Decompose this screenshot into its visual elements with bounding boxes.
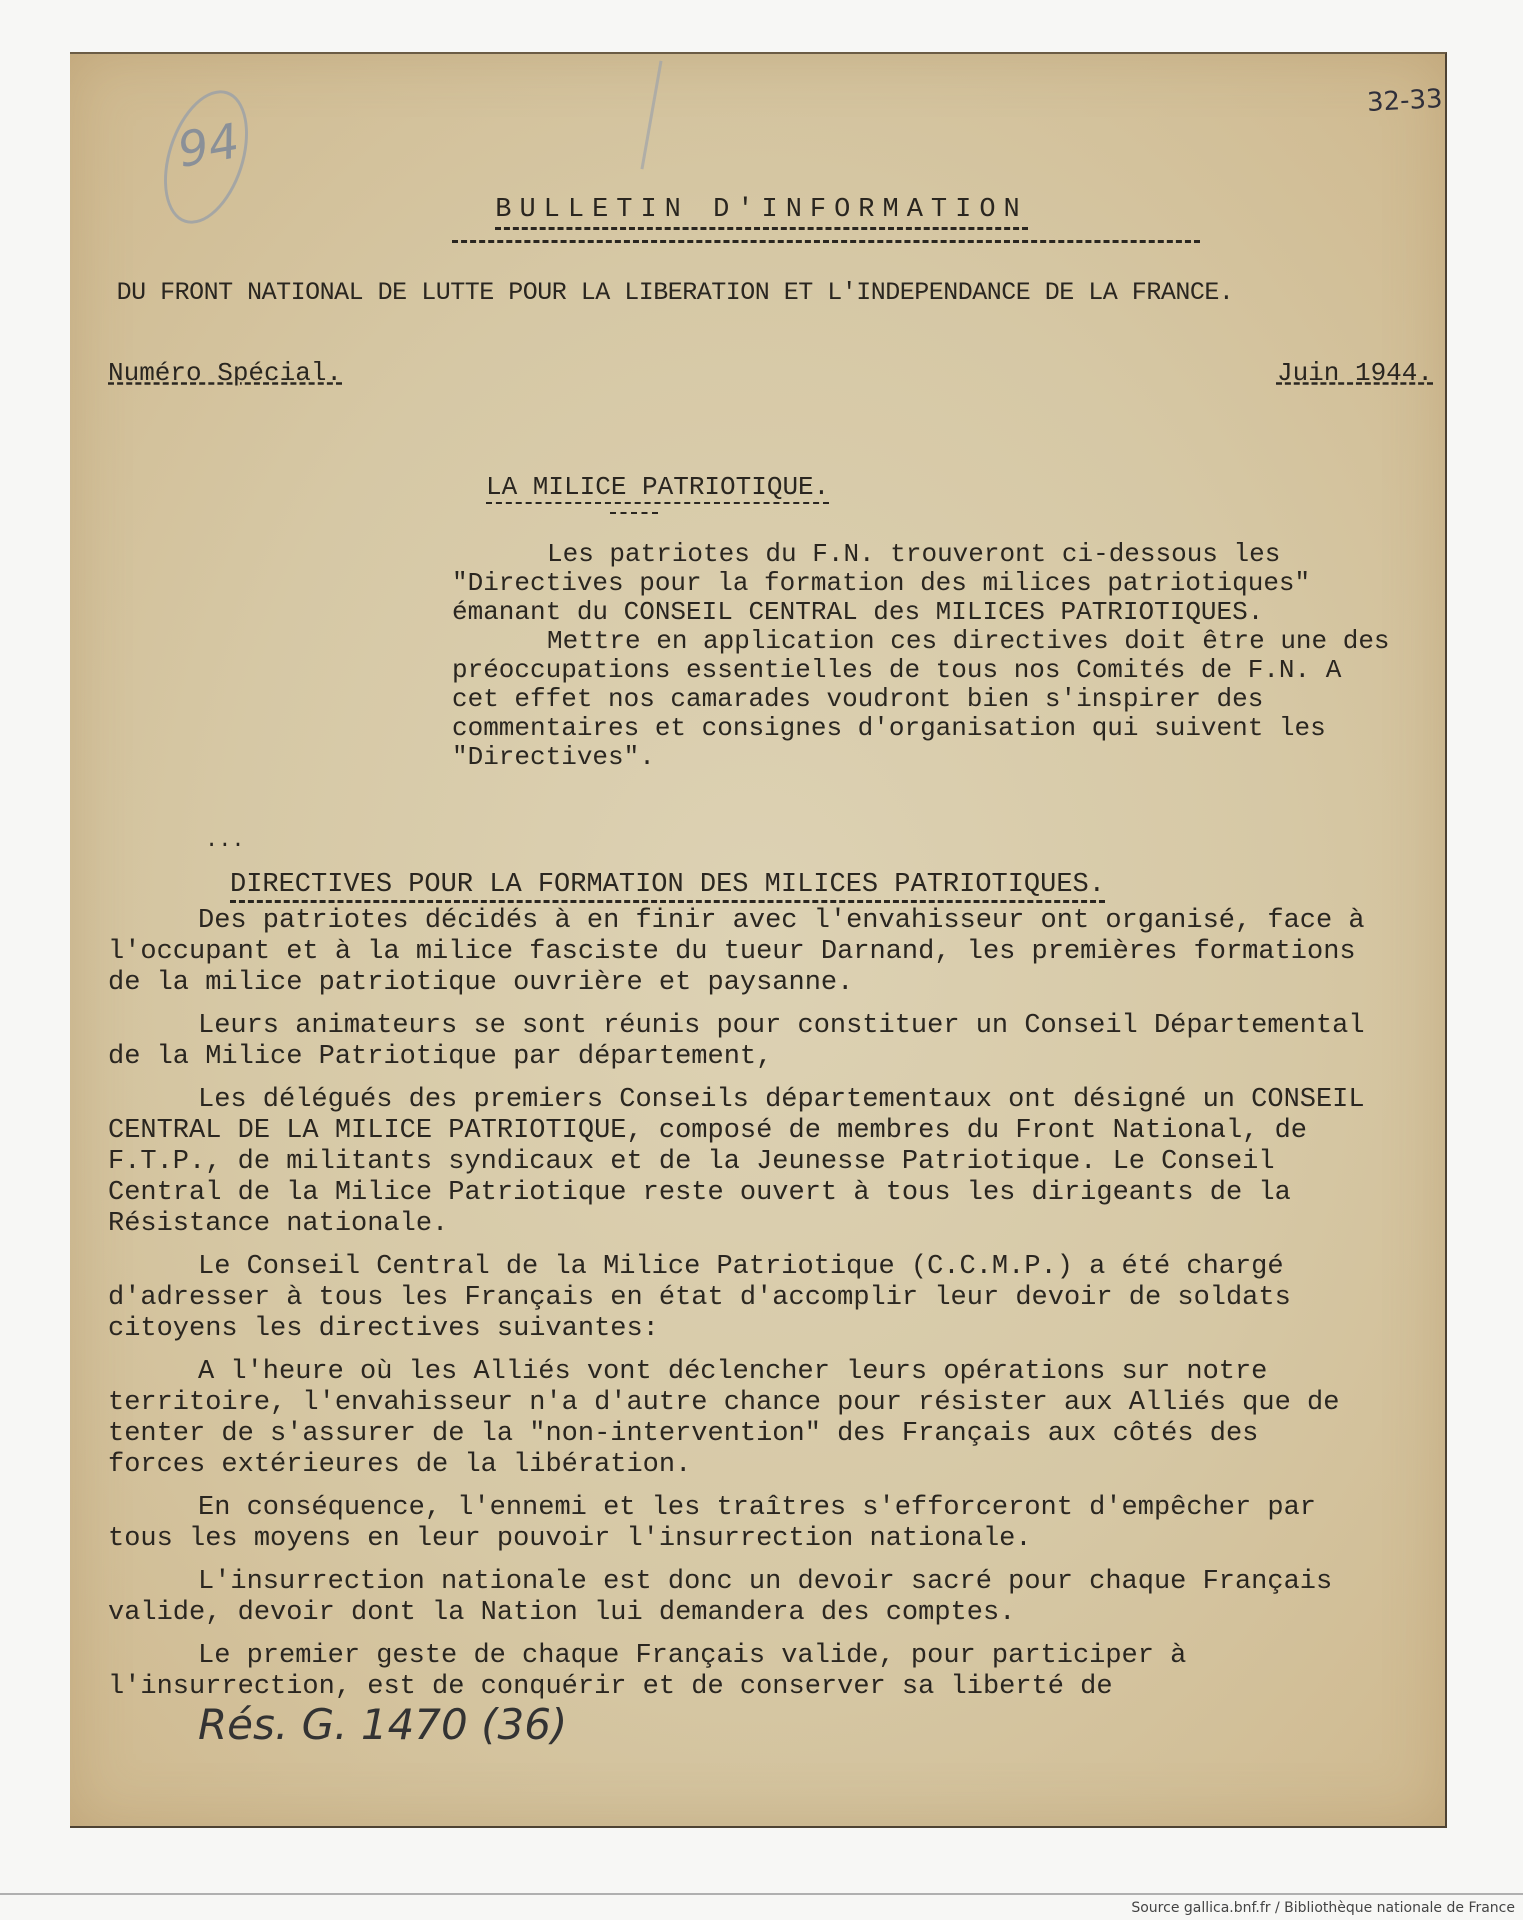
body-paragraph: Le premier geste de chaque Français vali… bbox=[108, 1641, 1368, 1703]
body-paragraph: Leurs animateurs se sont réunis pour con… bbox=[108, 1011, 1368, 1073]
body-paragraph: L'insurrection nationale est donc un dev… bbox=[108, 1567, 1368, 1629]
directives-title: DIRECTIVES POUR LA FORMATION DES MILICES… bbox=[230, 870, 1105, 900]
bulletin-subtitle: DU FRONT NATIONAL DE LUTTE POUR LA LIBER… bbox=[110, 272, 1240, 314]
date-text: Juin 1944. bbox=[1277, 358, 1433, 388]
bulletin-title-text: BULLETIN D'INFORMATION bbox=[495, 195, 1027, 230]
ellipsis: ... bbox=[205, 828, 245, 853]
issue-date: Juin 1944. bbox=[1277, 358, 1433, 388]
section-title-text: LA MILICE PATRIOTIQUE. bbox=[486, 472, 829, 504]
body-paragraph: En conséquence, l'ennemi et les traîtres… bbox=[108, 1493, 1368, 1555]
intro-paragraph: Mettre en application ces directives doi… bbox=[452, 627, 1402, 772]
footer-divider bbox=[0, 1893, 1523, 1895]
body-paragraph: A l'heure où les Alliés vont déclencher … bbox=[108, 1357, 1368, 1481]
issue-label: Numéro Spécial. bbox=[108, 358, 342, 388]
title-double-underline bbox=[452, 240, 1200, 243]
source-credit: Source gallica.bnf.fr / Bibliothèque nat… bbox=[1131, 1900, 1515, 1916]
section-title: LA MILICE PATRIOTIQUE. bbox=[486, 472, 829, 502]
folio-number: 32-33 bbox=[1367, 84, 1444, 118]
intro-paragraph: Les patriotes du F.N. trouveront ci-dess… bbox=[452, 540, 1402, 627]
bulletin-title: BULLETIN D'INFORMATION bbox=[0, 195, 1523, 225]
shelfmark-annotation: Rés. G. 1470 (36) bbox=[198, 1700, 567, 1749]
body-paragraph: Les délégués des premiers Conseils dépar… bbox=[108, 1085, 1368, 1240]
section-title-dash bbox=[610, 512, 658, 514]
pencil-page-number: 94 bbox=[174, 113, 244, 179]
issue-text: Numéro Spécial. bbox=[108, 358, 342, 388]
intro-block: Les patriotes du F.N. trouveront ci-dess… bbox=[452, 540, 1402, 772]
directives-body: Des patriotes décidés à en finir avec l'… bbox=[108, 906, 1368, 1715]
directives-title-text: DIRECTIVES POUR LA FORMATION DES MILICES… bbox=[230, 870, 1105, 903]
body-paragraph: Le Conseil Central de la Milice Patrioti… bbox=[108, 1252, 1368, 1345]
body-paragraph: Des patriotes décidés à en finir avec l'… bbox=[108, 906, 1368, 999]
